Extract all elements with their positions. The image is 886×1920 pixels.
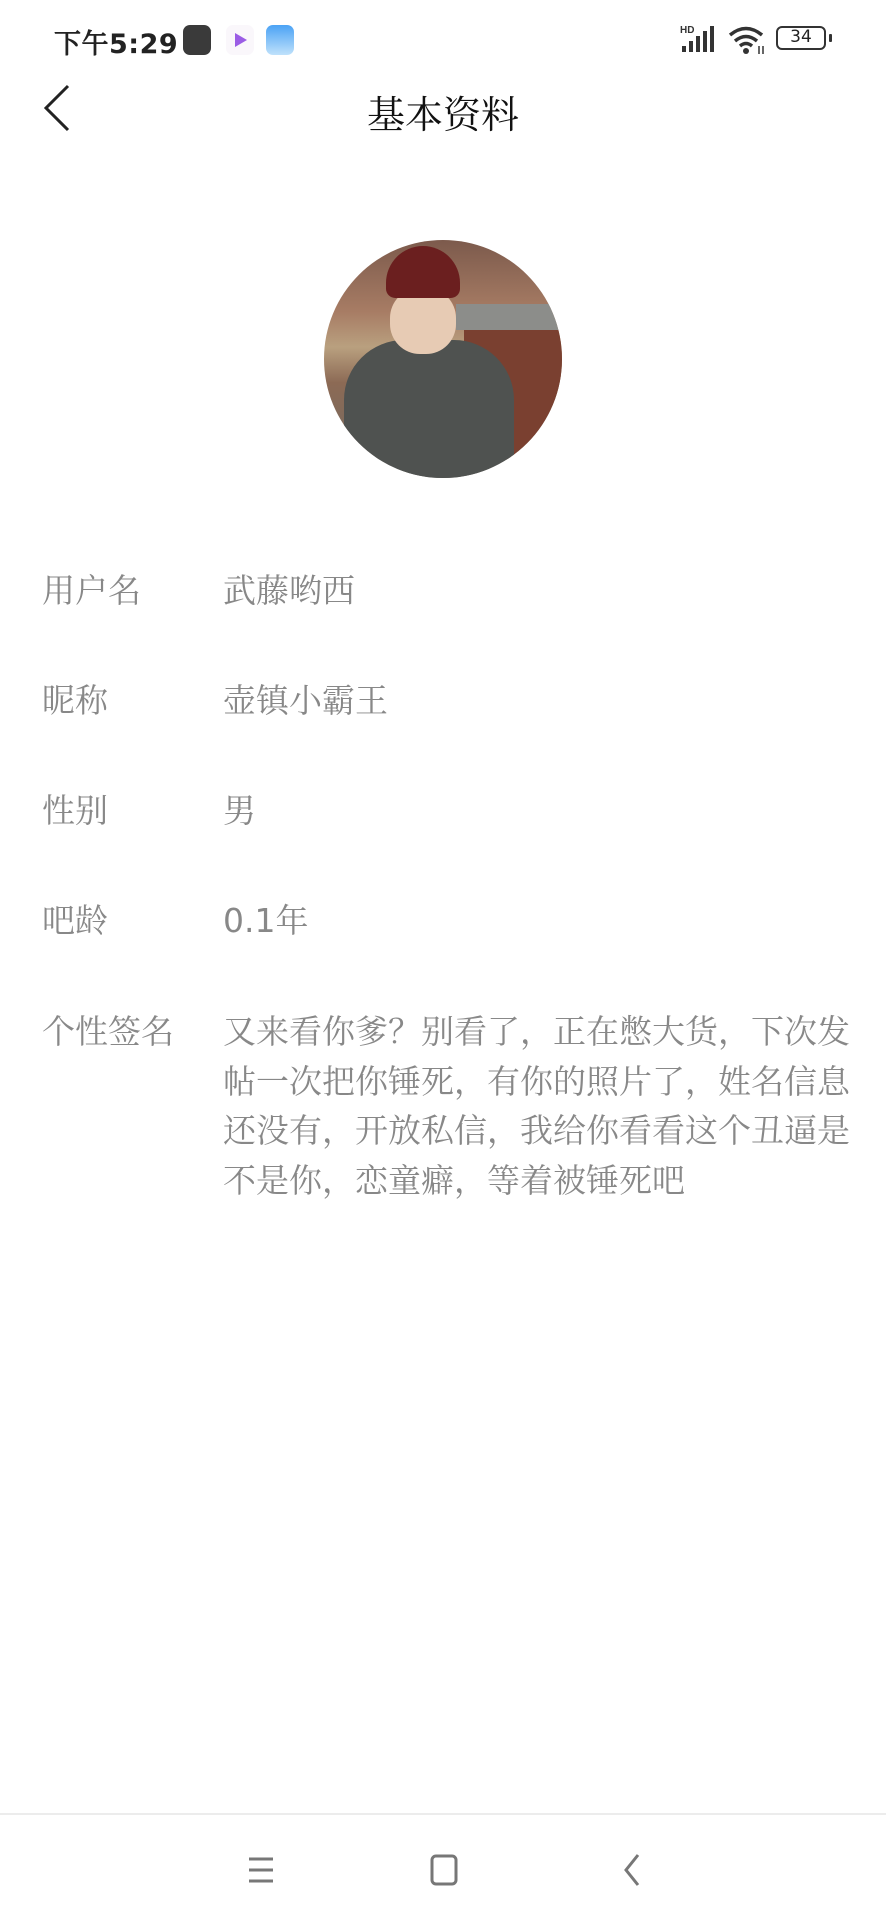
back-icon[interactable] bbox=[616, 1845, 648, 1895]
svg-text:HD: HD bbox=[680, 25, 694, 36]
wifi-icon bbox=[728, 24, 768, 56]
field-label: 昵称 bbox=[42, 676, 108, 725]
field-value: 壶镇小霸王 bbox=[223, 676, 853, 725]
avatar-bg-roof bbox=[456, 304, 562, 330]
page-title: 基本资料 bbox=[0, 84, 886, 139]
field-value: 男 bbox=[223, 786, 853, 835]
field-value: 武藤哟西 bbox=[223, 566, 853, 615]
field-label: 吧龄 bbox=[42, 896, 108, 945]
avatar-figure-hat bbox=[386, 246, 460, 298]
cloud-app-icon bbox=[266, 25, 294, 55]
avatar-figure-body bbox=[344, 340, 514, 478]
status-time: 下午5:29 bbox=[54, 22, 178, 61]
field-label: 个性签名 bbox=[42, 1007, 174, 1056]
signal-icon: HD bbox=[680, 24, 720, 54]
home-icon[interactable] bbox=[428, 1845, 460, 1895]
field-label: 性别 bbox=[42, 786, 108, 835]
battery-level: 34 bbox=[790, 27, 812, 47]
field-label: 用户名 bbox=[42, 566, 141, 615]
avatar[interactable] bbox=[324, 240, 562, 478]
app-dark-icon bbox=[183, 25, 211, 55]
field-value: 0.1年 bbox=[223, 896, 853, 945]
status-bar: 下午5:29 HD 34 bbox=[0, 0, 886, 80]
nav-divider bbox=[0, 1813, 886, 1815]
menu-icon[interactable] bbox=[245, 1845, 277, 1895]
field-value: 又来看你爹？别看了，正在憋大货，下次发帖一次把你锤死，有你的照片了，姓名信息还没… bbox=[223, 1007, 853, 1205]
battery-icon: 34 bbox=[776, 26, 826, 50]
play-store-icon bbox=[226, 25, 254, 55]
